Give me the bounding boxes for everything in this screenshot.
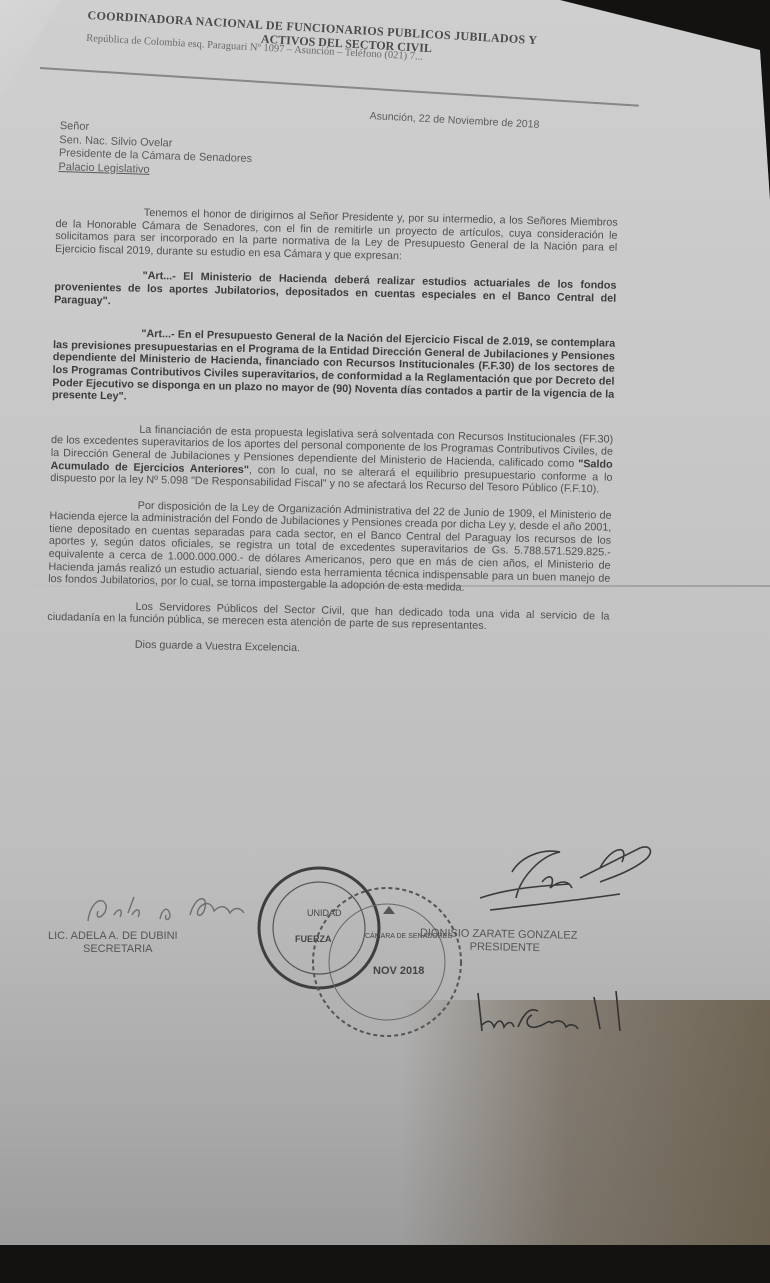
secretary-title: SECRETARIA: [48, 943, 178, 956]
president-signature-block: DIONISIO ZARATE GONZALEZ PRESIDENTE: [420, 927, 578, 956]
closing-line: Dios guarde a Vuestra Excelencia.: [47, 637, 609, 661]
secretary-signature-block: LIC. ADELA A. DE DUBINI SECRETARIA: [48, 930, 178, 956]
president-title: PRESIDENTE: [420, 940, 578, 956]
received-date-stamp: CÁMARA DE SENADORES NOV 2018: [305, 880, 475, 1040]
addressee-block: Señor Sen. Nac. Silvio Ovelar Presidente…: [58, 120, 253, 180]
intro-paragraph: Tenemos el honor de dirigirnos al Señor …: [55, 205, 618, 267]
received-stamp-date: NOV 2018: [373, 965, 424, 977]
financing-paragraph: La financiación de esta propuesta legisl…: [50, 422, 613, 497]
secretary-name: LIC. ADELA A. DE DUBINI: [48, 930, 178, 943]
letter-body: Tenemos el honor de dirigirnos al Señor …: [46, 205, 617, 674]
disposition-paragraph: Por disposición de la Ley de Organizació…: [48, 498, 612, 598]
article-1: "Art...- El Ministerio de Hacienda deber…: [54, 268, 617, 318]
second-signature: [470, 985, 640, 1040]
president-signature: [450, 838, 660, 928]
secretary-signature: [80, 885, 260, 930]
servants-paragraph: Los Servidores Públicos del Sector Civil…: [47, 599, 609, 636]
article-2: "Art...- En el Presupuesto General de la…: [52, 326, 615, 413]
